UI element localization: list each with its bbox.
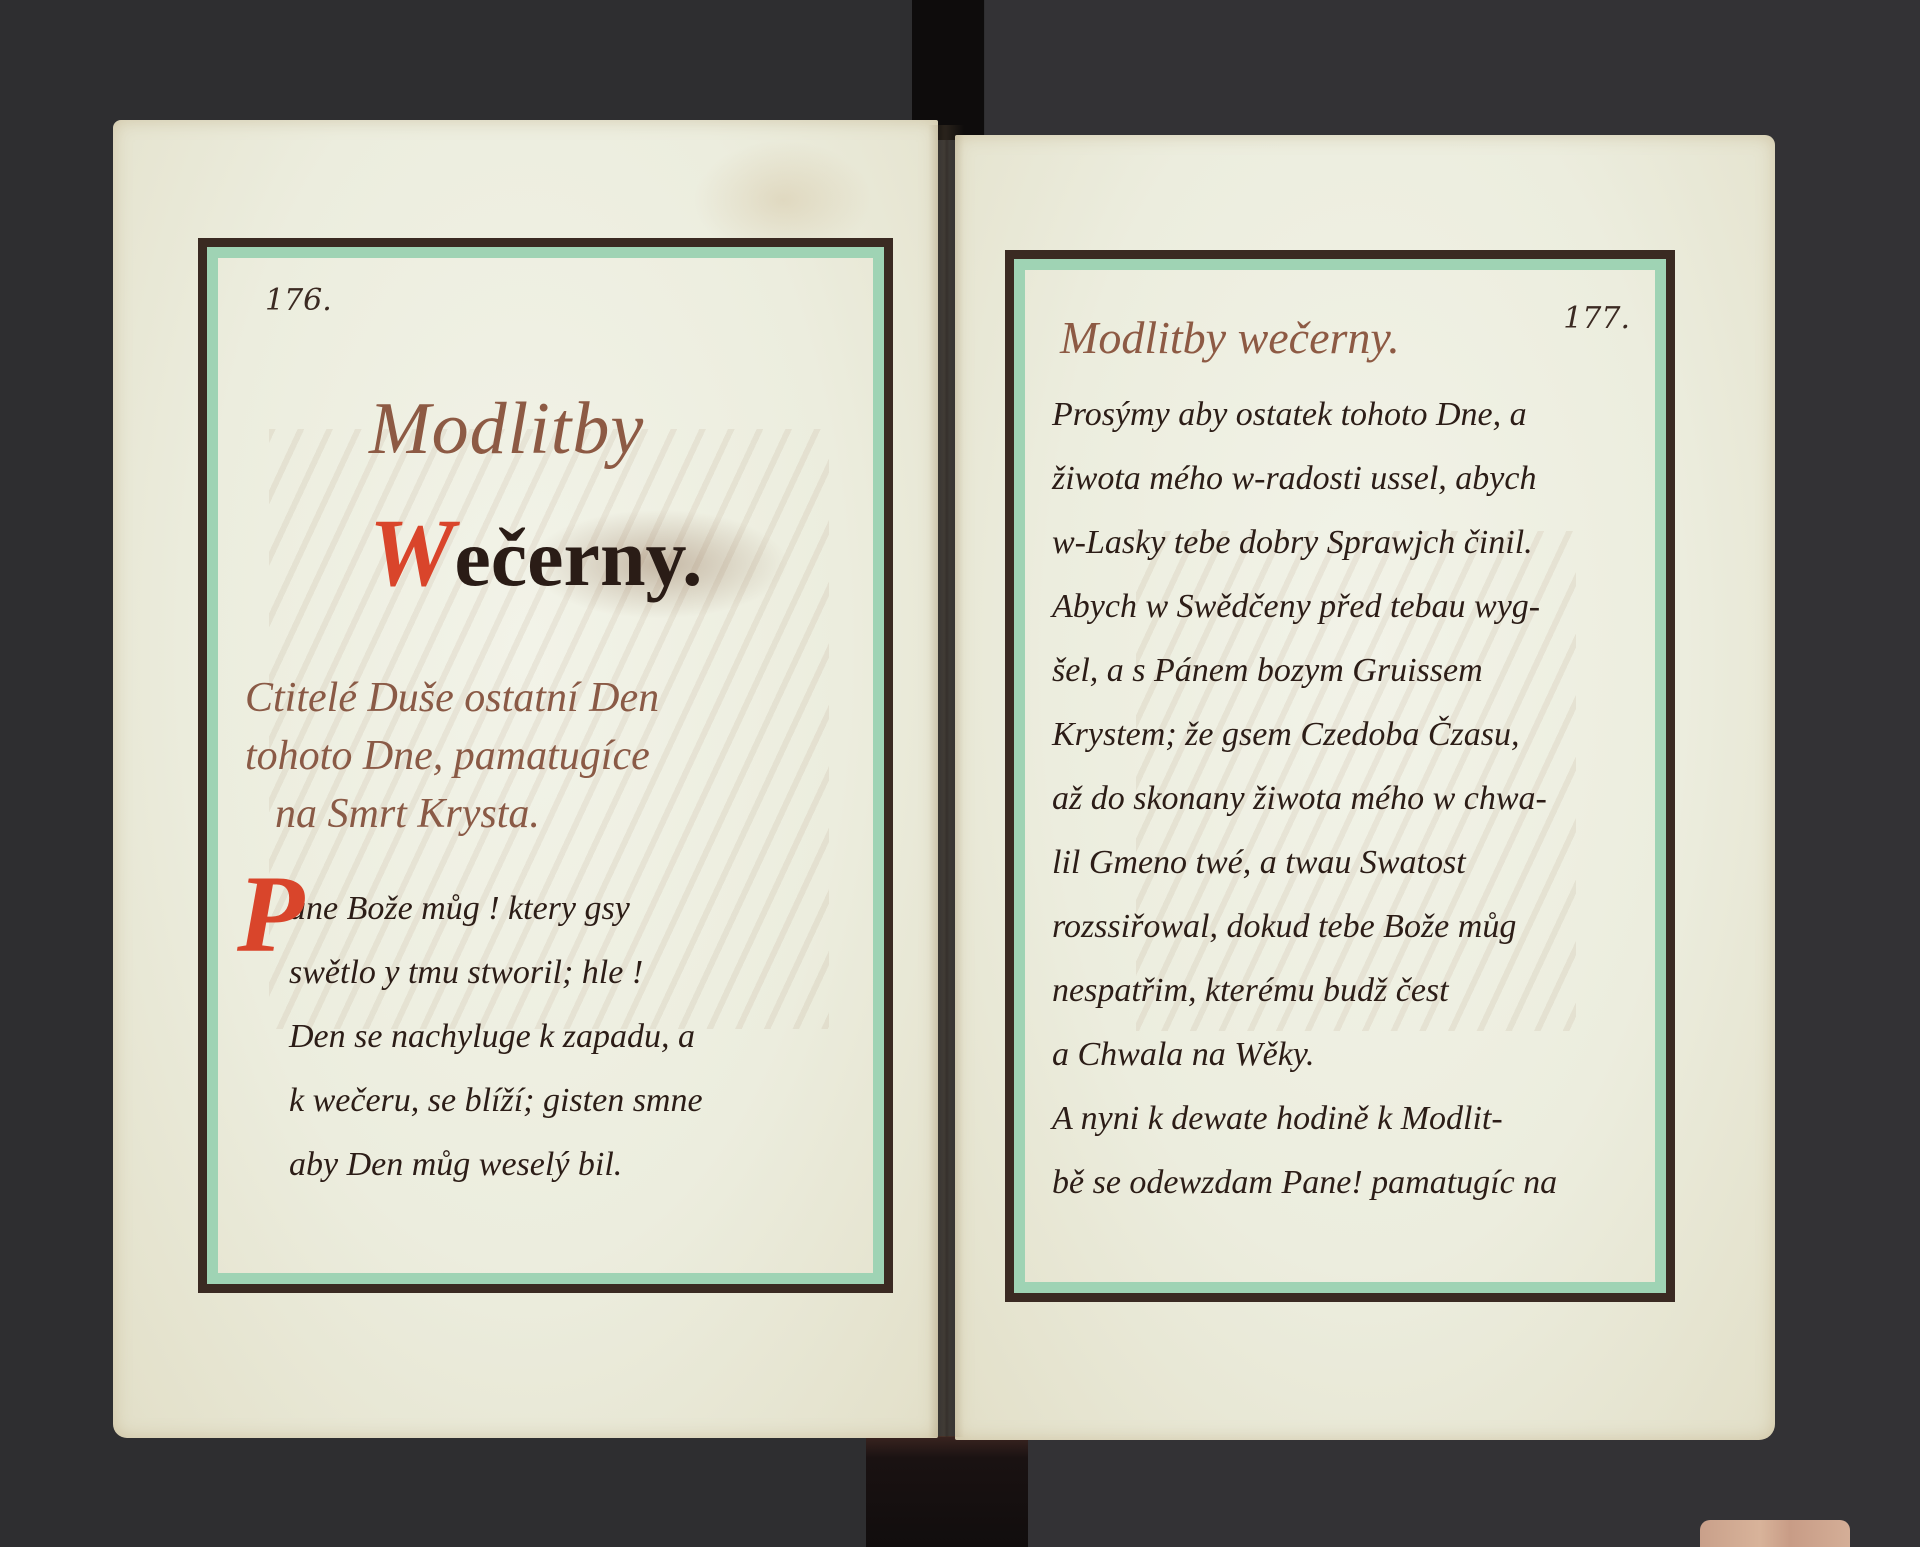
subtitle-line: tohoto Dne, pamatugíce xyxy=(245,727,845,785)
text-line: Krystem; že gsem Czedoba Čzasu, xyxy=(1052,703,1557,767)
text-line: Den se nachyluge k zapadu, a xyxy=(289,1005,703,1069)
text-line: bě se odewzdam Pane! pamatugíc na xyxy=(1052,1151,1557,1215)
book-spine-top xyxy=(912,0,984,140)
subtitle-line: Ctitelé Duše ostatní Den xyxy=(245,669,845,727)
text-line: až do skonany žiwota mého w chwa- xyxy=(1052,767,1557,831)
body-text: P ane Bože můg ! ktery gsy swětlo y tmu … xyxy=(289,877,703,1197)
text-line: a Chwala na Wěky. xyxy=(1052,1023,1557,1087)
text-line: nespatřim, kterému budž čest xyxy=(1052,959,1557,1023)
text-line: swětlo y tmu stworil; hle ! xyxy=(289,941,703,1005)
page-number: 176. xyxy=(265,283,332,318)
page-number: 177. xyxy=(1563,301,1630,336)
title-line2-text: ečerny. xyxy=(454,512,702,603)
red-drop-cap: P xyxy=(237,859,304,969)
left-page-content: 176. Modlitby Wečerny. Ctitelé Duše osta… xyxy=(229,269,862,1262)
left-page-frame: 176. Modlitby Wečerny. Ctitelé Duše osta… xyxy=(198,238,893,1293)
subtitle-block: Ctitelé Duše ostatní Den tohoto Dne, pam… xyxy=(245,669,845,843)
right-page-content: 177. Modlitby wečerny. Prosýmy aby ostat… xyxy=(1036,281,1644,1271)
text-line: Abych w Swědčeny před tebau wyg- xyxy=(1052,575,1557,639)
body-text: Prosýmy aby ostatek tohoto Dne, a žiwota… xyxy=(1052,383,1557,1215)
text-line: lil Gmeno twé, a twau Swatost xyxy=(1052,831,1557,895)
text-line: ane Bože můg ! ktery gsy xyxy=(289,877,703,941)
decorated-initial-w: W xyxy=(369,499,454,606)
text-line: žiwota mého w-radosti ussel, abych xyxy=(1052,447,1557,511)
text-line: A nyni k dewate hodině k Modlit- xyxy=(1052,1087,1557,1151)
page-title-line2: Wečerny. xyxy=(369,497,703,608)
book-gutter xyxy=(928,125,964,1437)
text-line: šel, a s Pánem bozym Gruissem xyxy=(1052,639,1557,703)
text-line: aby Den můg weselý bil. xyxy=(289,1133,703,1197)
text-line: w-Lasky tebe dobry Sprawjch činil. xyxy=(1052,511,1557,575)
section-title: Modlitby wečerny. xyxy=(1060,311,1400,364)
book-spine-bottom xyxy=(866,1436,1028,1547)
subtitle-line: na Smrt Krysta. xyxy=(245,785,845,843)
text-line: k wečeru, se blíží; gisten smne xyxy=(289,1069,703,1133)
text-line: rozssiřowal, dokud tebe Bože můg xyxy=(1052,895,1557,959)
hand-fingertips xyxy=(1700,1520,1850,1547)
text-line: Prosýmy aby ostatek tohoto Dne, a xyxy=(1052,383,1557,447)
page-title-line1: Modlitby xyxy=(369,387,644,472)
right-page-frame: 177. Modlitby wečerny. Prosýmy aby ostat… xyxy=(1005,250,1675,1302)
